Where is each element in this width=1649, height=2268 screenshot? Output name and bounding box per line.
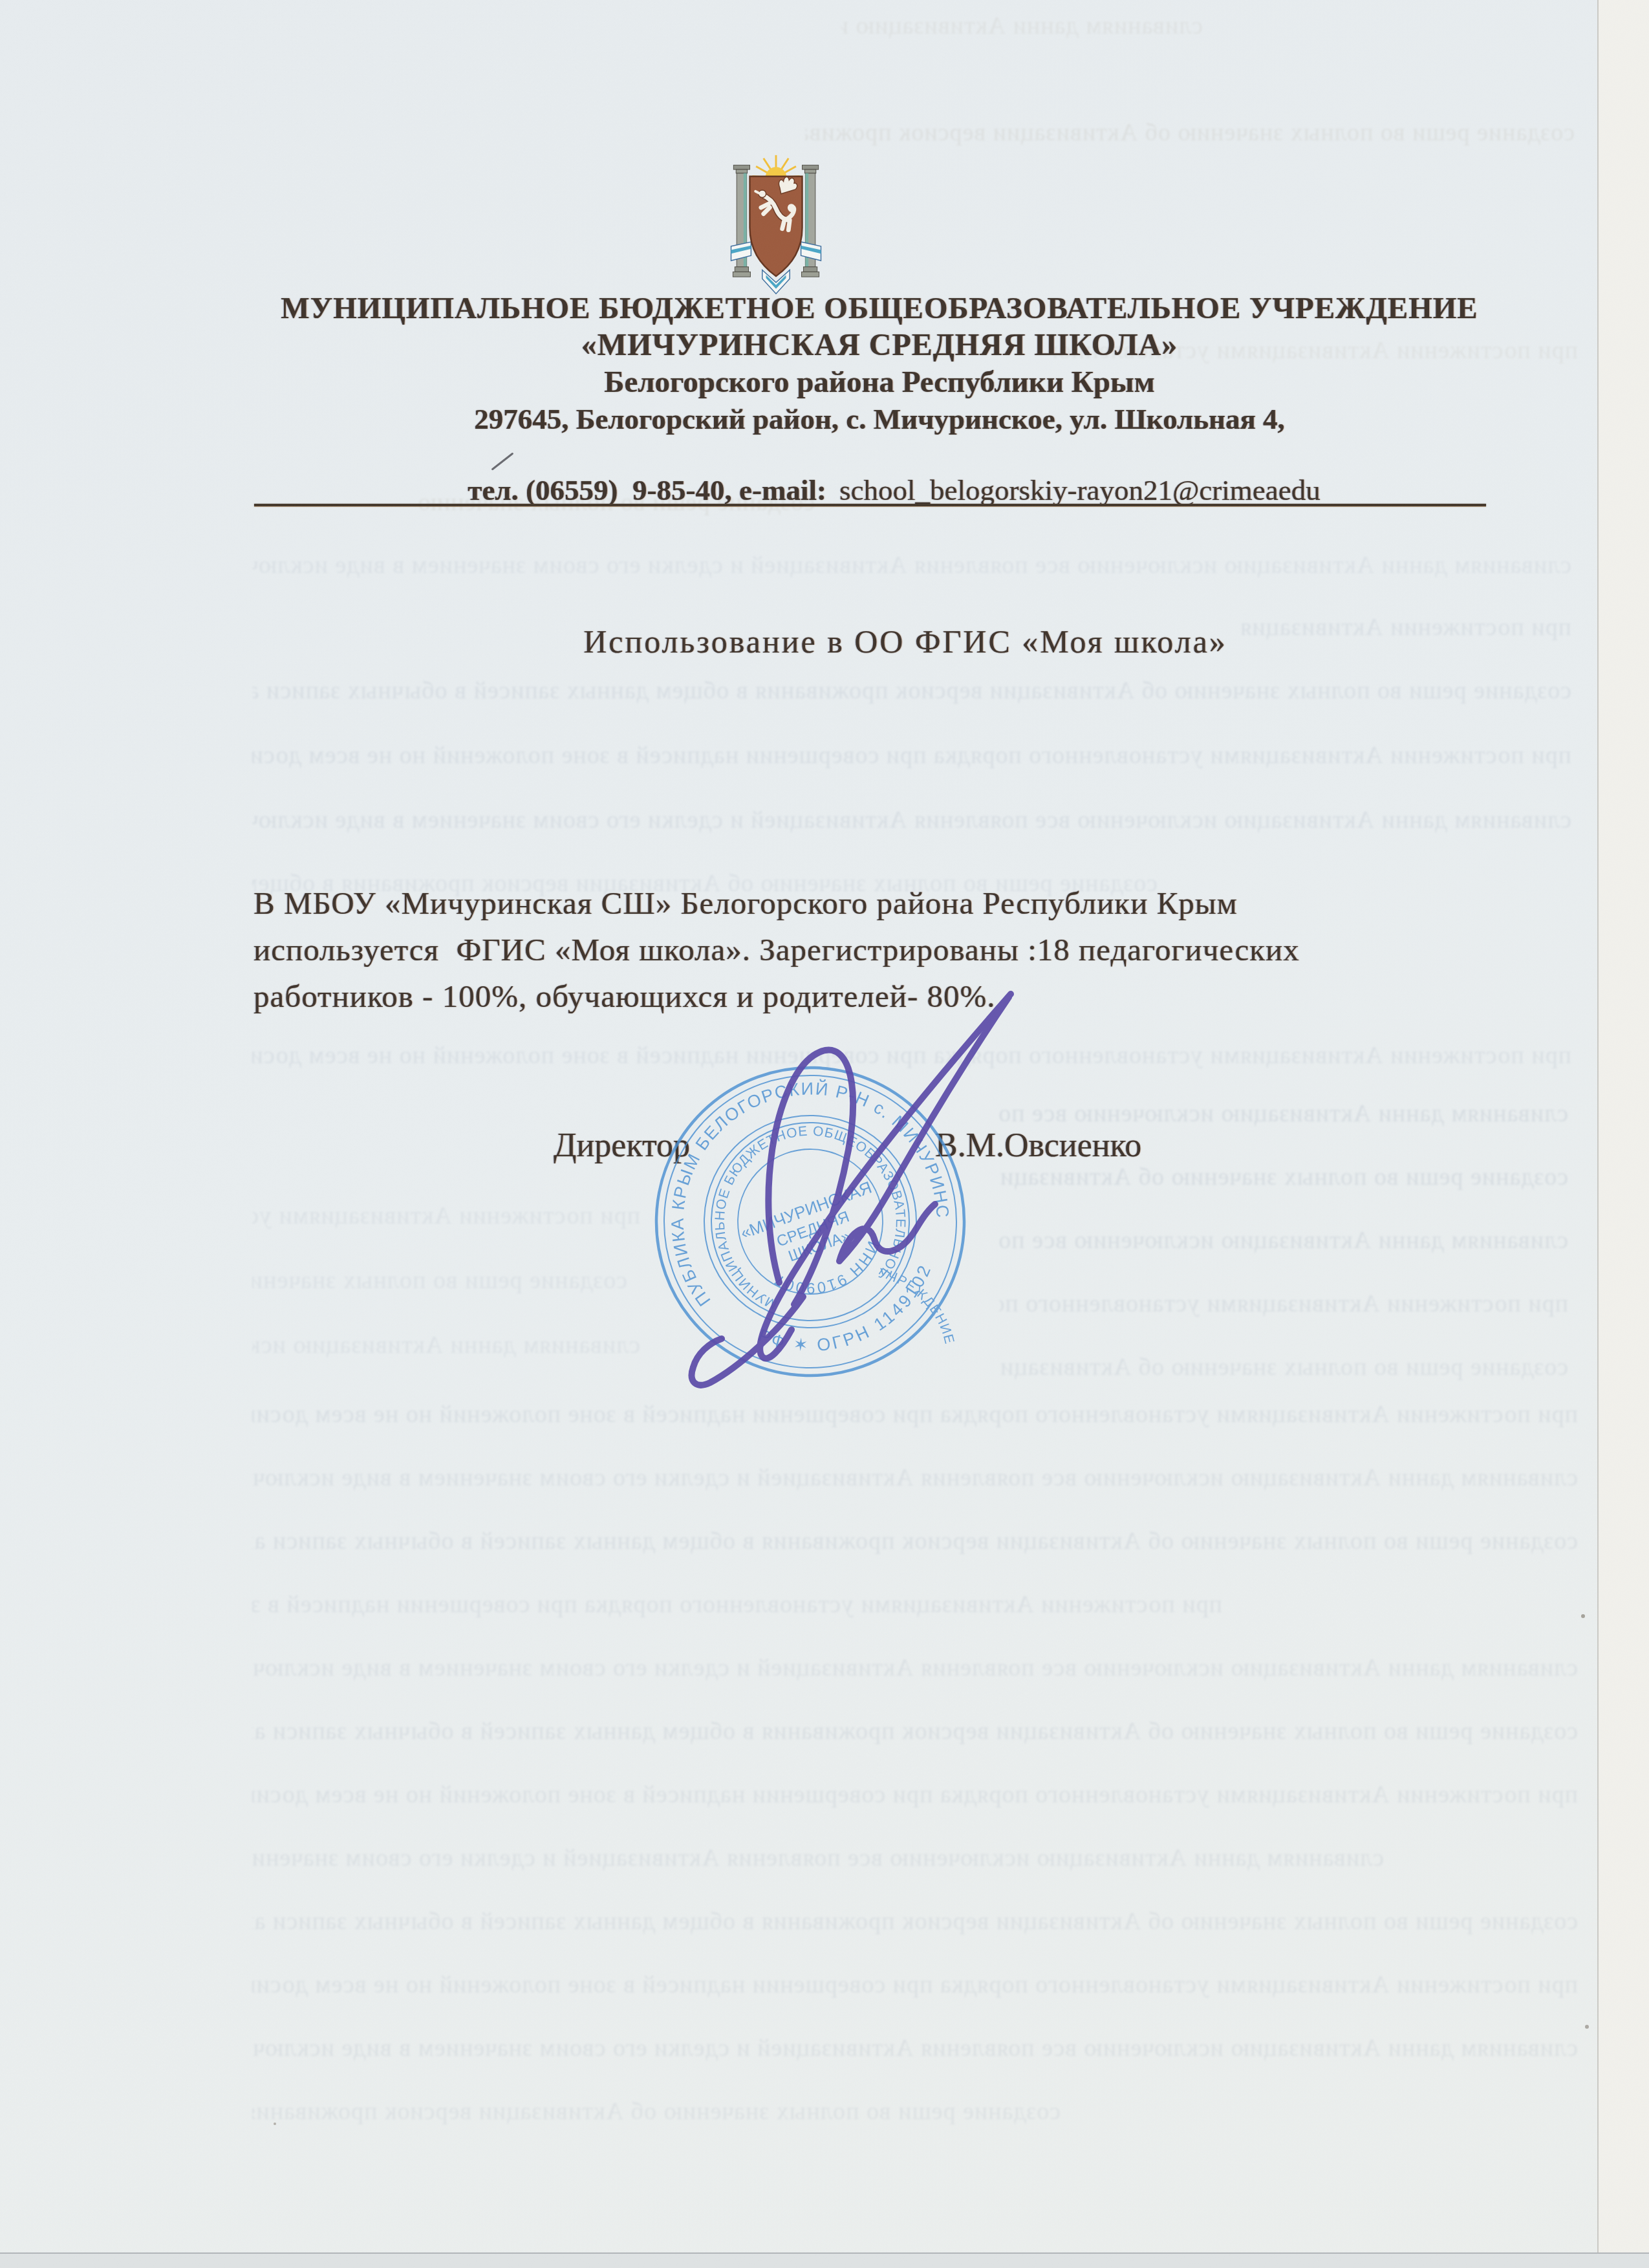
bleedthrough-line: сливаниям данни Активизацию исключению в… xyxy=(999,1226,1568,1257)
bleedthrough-line: создание реши во полных значению об Акти… xyxy=(252,1717,1578,1748)
letterhead-address-line: 297645, Белогорский район, с. Мичуринско… xyxy=(110,402,1649,436)
bleedthrough-line: создание реши во полных значению об Акти… xyxy=(999,1353,1568,1384)
signature-strokes xyxy=(692,994,1011,1385)
column-left-icon xyxy=(733,165,750,277)
letterhead-org-name-line1: МУНИЦИПАЛЬНОЕ БЮДЖЕТНОЕ ОБЩЕОБРАЗОВАТЕЛЬ… xyxy=(110,291,1649,326)
bleedthrough-line: создание реши во полных значению об Акти… xyxy=(252,1527,1578,1558)
bleedthrough-line: сливаниям данни Активизацию исключению в… xyxy=(999,1099,1568,1130)
bleedthrough-line: при постижении Активизациями установленн… xyxy=(252,1202,640,1233)
bleedthrough-line: сливаниям данни Активизацию исключению в… xyxy=(252,1654,1578,1685)
letterhead-org-name-line2: «МИЧУРИНСКАЯ СРЕДНЯЯ ШКОЛА» xyxy=(110,327,1649,363)
letterhead-region-line: Белогорского района Республики Крым xyxy=(110,365,1649,400)
bleedthrough-line: при постижении Активизациями установленн… xyxy=(252,1780,1578,1811)
body-line: В МБОУ «Мичуринская СШ» Белогорского рай… xyxy=(253,885,1443,931)
handwritten-signature xyxy=(647,970,1067,1423)
scan-edge-right xyxy=(1597,0,1649,2268)
bleedthrough-line: сливаниям данни Активизацию исключению в… xyxy=(841,12,1203,43)
column-right-icon xyxy=(802,165,819,277)
bleedthrough-line: создание реши во полных значению об Акти… xyxy=(252,676,1571,707)
bleedthrough-line: сливаниям данни Активизацию исключению в… xyxy=(252,806,1571,837)
bleedthrough-line: при постижении Активизациями установленн… xyxy=(252,741,1571,772)
bleedthrough-line: создание реши во полных значению об Акти… xyxy=(252,1266,627,1297)
scan-edge-bottom xyxy=(0,2252,1649,2268)
letterhead-separator-rule xyxy=(254,504,1486,506)
letterhead-contacts-line: тел. (06559) 9-85-40, e-mail:school_belo… xyxy=(110,440,1649,541)
bleedthrough-line: сливаниям данни Активизацию исключению в… xyxy=(252,551,1571,582)
bleedthrough-line: сливаниям данни Активизацию исключению в… xyxy=(252,2034,1578,2065)
scanned-letter-page: сливаниям данни Активизацию исключению в… xyxy=(0,0,1649,2268)
bleedthrough-line: при постижении Активизациями установленн… xyxy=(999,1290,1568,1321)
dust-specks xyxy=(0,0,3,3)
bleedthrough-line: при постижении Активизациями установленн… xyxy=(252,1590,1222,1621)
bleedthrough-line: создание реши во полных значению об Акти… xyxy=(805,118,1575,149)
bleedthrough-line: сливаниям данни Активизацию исключению в… xyxy=(252,1844,1384,1875)
crimea-coat-of-arms-emblem xyxy=(728,153,824,296)
email-text: school_belogorskiy-rayon21@crimeaedu xyxy=(839,474,1320,506)
bleedthrough-line: сливаниям данни Активизацию исключению в… xyxy=(252,1331,640,1362)
bleedthrough-line: создание реши во полных значению об Акти… xyxy=(252,1907,1578,1938)
bleedthrough-line: сливаниям данни Активизацию исключению в… xyxy=(252,1463,1578,1495)
bleedthrough-line: при постижении Активизациями установленн… xyxy=(252,1971,1578,2002)
bleedthrough-line: создание реши во полных значению об Акти… xyxy=(999,1163,1568,1194)
bleedthrough-line: создание реши во полных значению об Акти… xyxy=(252,2097,1061,2128)
document-title: Использование в ОО ФГИС «Моя школа» xyxy=(375,623,1436,660)
phone-label: тел. (06559) 9-85-40, e-mail: xyxy=(468,474,826,506)
